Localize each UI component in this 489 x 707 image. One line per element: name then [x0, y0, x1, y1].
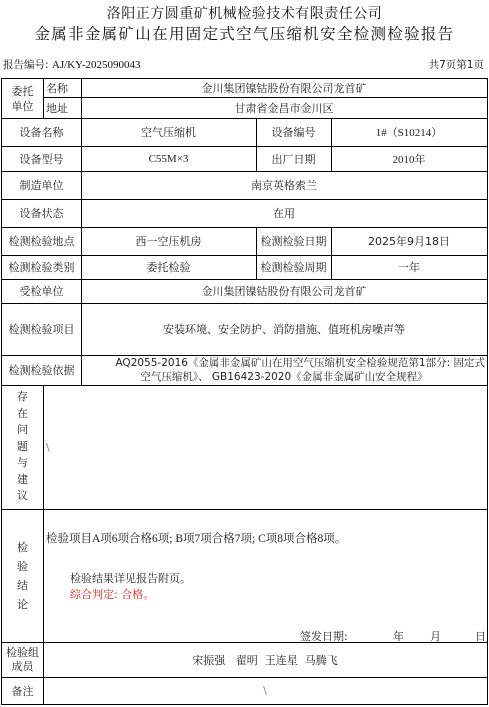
- equipment-number-value: 1#（S10214）: [331, 118, 488, 147]
- team-label: 检验组 成员: [1, 642, 44, 678]
- manufacturer-value: 南京英格索兰: [81, 171, 488, 200]
- team-members: 宋振强 翟明 王连星 马腾飞: [43, 642, 488, 678]
- inspection-items-label: 检测检验项目: [1, 303, 82, 356]
- issues-label-char: 在: [17, 406, 28, 423]
- inspection-location-value: 西一空压机房: [81, 227, 257, 256]
- conclusion-label-char: 检: [17, 538, 28, 557]
- issues-value: \: [43, 385, 488, 510]
- conclusion-detail: 检验结果详见报告附页。: [70, 570, 191, 586]
- company-name: 洛阳正方圆重矿机械检验技术有限责任公司: [0, 3, 489, 23]
- report-number: 报告编号: AJ/KY-2025090043: [3, 57, 141, 72]
- inspection-date-label: 检测检验日期: [256, 227, 332, 256]
- basis-line-1: AQ2055-2016《金属非金属矿山在用空气压缩机安全检验规范第1部分: 固定…: [81, 356, 487, 370]
- inspection-category-value: 委托检验: [81, 255, 257, 280]
- issues-label: 存 在 问 题 与 建 议: [1, 385, 44, 510]
- client-name-label: 名称: [43, 78, 82, 98]
- equipment-number-label: 设备编号: [256, 118, 332, 147]
- inspection-period-label: 检测检验周期: [256, 255, 332, 280]
- conclusion-label-char: 验: [17, 557, 28, 576]
- remarks-label: 备注: [1, 677, 44, 705]
- inspection-date-value: 2025年9月18日: [331, 227, 488, 256]
- team-label-line-1: 检验组: [6, 646, 39, 660]
- issues-label-char: 建: [17, 472, 28, 489]
- issues-label-char: 问: [17, 422, 28, 439]
- report-number-value: AJ/KY-2025090043: [52, 59, 141, 71]
- inspection-items-value: 安装环境、安全防护、消防措施、值班机房噪声等: [81, 303, 488, 356]
- equipment-model-value: C55M×3: [81, 146, 257, 172]
- client-address-label: 地址: [43, 97, 82, 119]
- equipment-status-value: 在用: [81, 199, 488, 228]
- page-indicator: 共7页第1页: [429, 57, 484, 72]
- report-number-label: 报告编号:: [3, 59, 49, 71]
- client-address-value: 甘肃省金昌市金川区: [81, 97, 488, 119]
- inspection-category-label: 检测检验类别: [1, 255, 82, 280]
- inspected-unit-label: 受检单位: [1, 279, 82, 304]
- factory-date-label: 出厂日期: [256, 146, 332, 172]
- equipment-model-label: 设备型号: [1, 146, 82, 172]
- inspection-basis-label: 检测检验依据: [1, 355, 82, 386]
- basis-line-2: 空气压缩机》、 GB16423-2020《金属非金属矿山安全规程》: [140, 370, 427, 384]
- equipment-name-label: 设备名称: [1, 118, 82, 147]
- issues-label-char: 存: [17, 389, 28, 406]
- equipment-name-value: 空气压缩机: [81, 118, 257, 147]
- issues-label-char: 题: [17, 439, 28, 456]
- client-name-value: 金川集团镍钴股份有限公司龙首矿: [81, 78, 488, 98]
- conclusion-summary: 检验项目A项6项合格6项; B项7项合格7项; C项8项合格8项。: [46, 530, 346, 546]
- conclusion-label: 检 验 结 论: [1, 509, 44, 643]
- equipment-status-label: 设备状态: [1, 199, 82, 228]
- factory-date-value: 2010年: [331, 146, 488, 172]
- inspection-basis-value: AQ2055-2016《金属非金属矿山在用空气压缩机安全检验规范第1部分: 固定…: [81, 355, 488, 386]
- manufacturer-label: 制造单位: [1, 171, 82, 200]
- conclusion-label-char: 结: [17, 576, 28, 595]
- inspection-location-label: 检测检验地点: [1, 227, 82, 256]
- conclusion-label-char: 论: [17, 595, 28, 614]
- issues-label-char: 议: [17, 488, 28, 505]
- issues-label-char: 与: [17, 455, 28, 472]
- report-title: 金属非金属矿山在用固定式空气压缩机安全检测检验报告: [0, 22, 489, 44]
- team-label-line-2: 成员: [12, 660, 34, 674]
- conclusion-verdict: 综合判定: 合格。: [70, 586, 154, 602]
- client-group-text: 委托单位: [10, 84, 36, 114]
- inspection-period-value: 一年: [331, 255, 488, 280]
- client-group-label: 委托单位: [1, 78, 44, 119]
- inspected-unit-value: 金川集团镍钴股份有限公司龙首矿: [81, 279, 488, 304]
- remarks-value: \: [43, 677, 488, 705]
